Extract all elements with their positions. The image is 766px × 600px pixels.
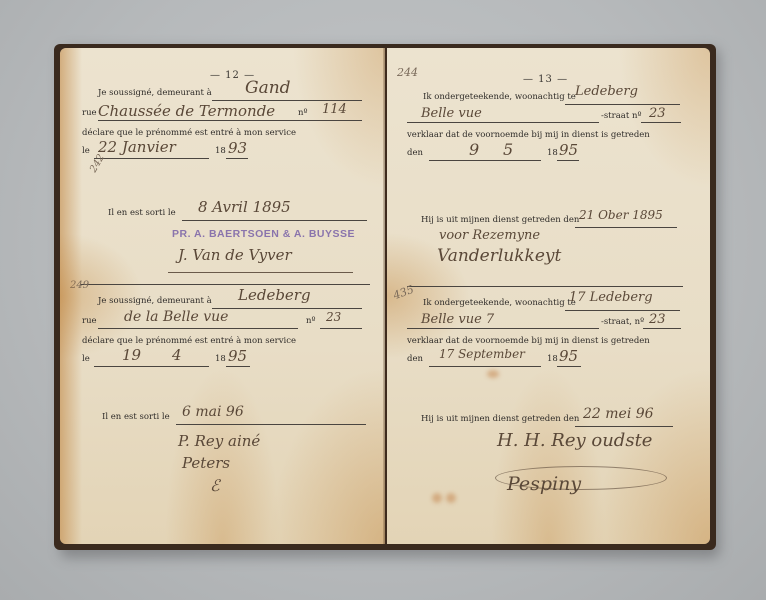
- rule: [176, 424, 366, 425]
- entry2-signature-1: H. H. Rey oudste: [497, 430, 652, 451]
- margin-note: 242: [88, 152, 107, 174]
- company-stamp: PR. A. BAERTSOEN & A. BUYSSE: [172, 228, 355, 240]
- rule: [575, 426, 673, 427]
- rule: [407, 122, 599, 123]
- entry2-signature-2: Pespiny: [507, 473, 581, 495]
- entry1-street-value: Belle vue: [421, 106, 482, 121]
- rule: [429, 160, 541, 161]
- margin-note: 244: [397, 66, 418, 79]
- entry2-street-suffix: -straat, nº: [601, 317, 644, 327]
- entry2-year-value: 95: [559, 347, 578, 365]
- entry2-street-label: rue: [82, 316, 97, 326]
- entry2-declaration: déclare que le prénommé est entré à mon …: [82, 336, 362, 346]
- declaration-text: déclare que le prénommé est entré à mon …: [82, 128, 296, 138]
- entry1-exit-value: 21 Ober 1895: [579, 208, 663, 222]
- entry2-residence-value: 17 Ledeberg: [569, 290, 653, 305]
- entry2-year-prefix: 18: [215, 354, 226, 364]
- paper-stain: [432, 493, 442, 503]
- signature-flourish: ℰ: [210, 476, 220, 495]
- entry2-residence-label: Ik ondergeteekende, woonachtig te: [423, 298, 576, 308]
- rule: [312, 120, 362, 121]
- entry2-month: 4: [172, 346, 182, 364]
- entry2-day: 19: [122, 346, 141, 364]
- entry1-residence-value: Gand: [245, 78, 291, 98]
- entry1-exit-label: Il en est sorti le: [108, 208, 176, 218]
- rule: [98, 328, 298, 329]
- signature-flourish: [168, 272, 353, 273]
- entry2-street-value: de la Belle vue: [124, 309, 228, 325]
- entry2-date-value: 17 September: [439, 347, 525, 361]
- paper-stain: [487, 370, 499, 378]
- rule: [565, 310, 680, 311]
- entry2-residence-label: Je soussigné, demeurant à: [98, 296, 212, 306]
- entry1-signature-1: voor Rezemyne: [439, 228, 540, 243]
- rule: [643, 328, 681, 329]
- entry1-date-value: 22 Janvier: [98, 138, 176, 156]
- entry2-number-label: nº: [306, 316, 315, 326]
- rule: [94, 366, 209, 367]
- entry2-year-prefix: 18: [547, 354, 558, 364]
- entry1-year-value: 93: [228, 139, 247, 157]
- entry2-street-value: Belle vue 7: [421, 312, 494, 327]
- entry2-date-label: den: [407, 354, 423, 364]
- open-booklet: — 12 — Je soussigné, demeurant à Gand ru…: [54, 40, 719, 555]
- rule: [98, 120, 328, 121]
- entry1-residence-label: Ik ondergeteekende, woonachtig te: [423, 92, 576, 102]
- entry1-day: 9: [469, 140, 479, 159]
- entry1-year-prefix: 18: [547, 148, 558, 158]
- entry1-month: 5: [503, 140, 513, 159]
- entry1-street-suffix: -straat nº: [601, 111, 641, 121]
- entry1-date-label: den: [407, 148, 423, 158]
- rule: [212, 308, 362, 309]
- rule: [575, 227, 677, 228]
- entry1-number-value: 23: [649, 106, 666, 121]
- entry1-date-label: le: [82, 146, 90, 156]
- entry1-year-value: 95: [559, 141, 578, 159]
- entry2-residence-value: Ledeberg: [238, 286, 311, 304]
- entry2-signature-2: Peters: [182, 454, 230, 472]
- declaration-text: déclare que le prénommé est entré à mon …: [82, 336, 296, 346]
- entry1-declaration: verklaar dat de voornoemde bij mij in di…: [407, 130, 681, 140]
- entry2-number-value: 23: [326, 310, 341, 324]
- entry2-exit-value: 22 mei 96: [583, 406, 654, 422]
- entry1-exit-label: Hij is uit mijnen dienst getreden den: [421, 215, 579, 225]
- rule: [226, 158, 248, 159]
- entry-separator: [407, 286, 683, 287]
- right-page: 244 — 13 — Ik ondergeteekende, woonachti…: [387, 48, 710, 544]
- entry1-signature: J. Van de Vyver: [178, 246, 292, 264]
- rule: [429, 366, 541, 367]
- margin-note: 249: [70, 280, 89, 291]
- entry2-date-label: le: [82, 354, 90, 364]
- entry1-street-value: Chaussée de Termonde: [98, 102, 275, 120]
- paper-stain: [446, 493, 456, 503]
- entry1-residence-label: Je soussigné, demeurant à: [98, 88, 212, 98]
- rule: [212, 100, 362, 101]
- entry1-declaration: déclare que le prénommé est entré à mon …: [82, 128, 362, 138]
- entry2-number-value: 23: [649, 312, 666, 327]
- left-page: — 12 — Je soussigné, demeurant à Gand ru…: [60, 48, 385, 544]
- rule: [94, 158, 209, 159]
- rule: [565, 104, 680, 105]
- rule: [557, 160, 579, 161]
- rule: [407, 328, 599, 329]
- rule: [641, 122, 681, 123]
- rule: [182, 220, 367, 221]
- rule: [226, 366, 250, 367]
- entry-separator: [80, 284, 370, 285]
- margin-note: 435: [391, 283, 415, 302]
- entry1-exit-value: 8 Avril 1895: [198, 198, 291, 216]
- entry1-residence-value: Ledeberg: [575, 84, 638, 99]
- page-number: — 13 —: [523, 74, 568, 85]
- rule: [557, 366, 581, 367]
- entry2-exit-value: 6 mai 96: [182, 404, 244, 420]
- entry1-number-value: 114: [322, 102, 347, 117]
- entry1-street-label: rue: [82, 108, 97, 118]
- entry1-number-label: nº: [298, 108, 307, 118]
- entry1-year-prefix: 18: [215, 146, 226, 156]
- entry2-exit-label: Il en est sorti le: [102, 412, 170, 422]
- entry2-signature-1: P. Rey ainé: [178, 432, 260, 450]
- rule: [320, 328, 362, 329]
- entry1-signature-2: Vanderlukkeyt: [437, 246, 561, 266]
- entry2-exit-label: Hij is uit mijnen dienst getreden den: [421, 414, 579, 424]
- entry2-year-value: 95: [228, 347, 247, 365]
- entry2-declaration: verklaar dat de voornoemde bij mij in di…: [407, 336, 681, 346]
